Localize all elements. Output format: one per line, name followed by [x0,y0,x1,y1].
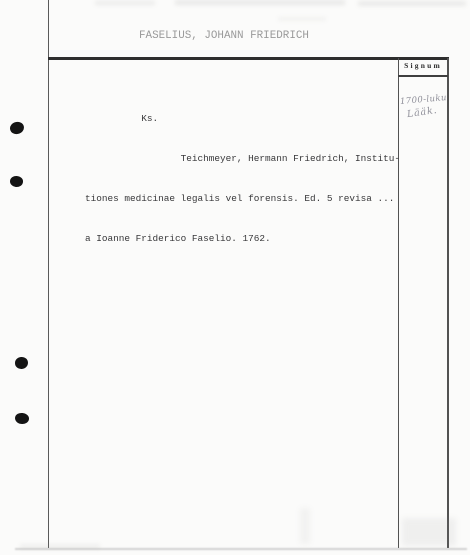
scan-smudge [20,544,100,549]
entry-line-editor-year: a Ioanne Friderico Faselio. 1762. [85,232,400,245]
signum-column-header: Signum [398,61,448,70]
punch-hole [9,121,25,136]
header-separator-rule [48,57,449,60]
left-margin-rule [48,0,50,548]
handwritten-signum-note-line1: 1700-luku [400,93,448,107]
entry-line-title-continued: tiones medicinae legalis vel forensis. E… [85,192,400,205]
catalog-card: FASELIUS, JOHANN FRIEDRICH Signum 1700-l… [0,0,470,555]
scan-smudge [95,1,155,5]
scan-smudge [278,17,326,21]
scan-smudge [402,518,456,546]
signum-header-underline [398,75,448,77]
entry-line-reference: Ks. [85,112,400,125]
punch-hole [14,412,29,425]
scan-smudge [300,508,310,544]
card-heading: FASELIUS, JOHANN FRIEDRICH [139,30,309,42]
punch-hole [9,175,23,187]
entry-line-author-title: Teichmeyer, Hermann Friedrich, Institu- [85,152,400,165]
handwritten-signum-note-line2: Lääk. [406,105,438,120]
scan-smudge [175,0,345,5]
scan-smudge [358,1,466,6]
punch-hole [15,357,29,370]
catalog-entry-text: Ks. Teichmeyer, Hermann Friedrich, Insti… [85,85,400,273]
right-border-rule [447,58,449,548]
